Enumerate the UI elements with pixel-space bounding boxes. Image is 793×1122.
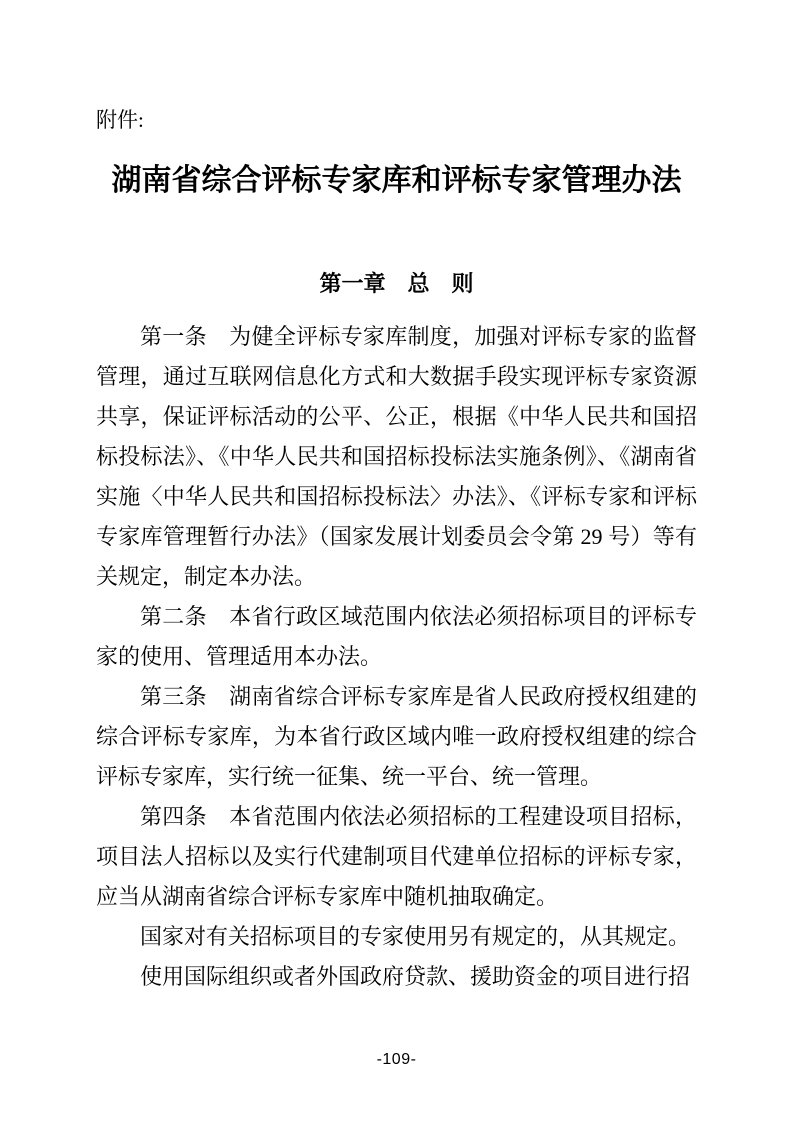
chapter-heading: 第一章 总 则 — [96, 269, 697, 299]
paragraph-article-1: 第一条 为健全评标专家库制度，加强对评标专家的监督管理，通过互联网信息化方式和大… — [96, 317, 697, 597]
paragraph-article-2: 第二条 本省行政区域范围内依法必须招标项目的评标专家的使用、管理适用本办法。 — [96, 597, 697, 677]
document-page: 附件: 湖南省综合评标专家库和评标专家管理办法 第一章 总 则 第一条 为健全评… — [0, 0, 793, 1122]
paragraph-article-4-cont-1: 国家对有关招标项目的专家使用另有规定的，从其规定。 — [96, 917, 697, 957]
document-title: 湖南省综合评标专家库和评标专家管理办法 — [96, 160, 697, 202]
attachment-label: 附件: — [96, 0, 697, 134]
body-text: 第一条 为健全评标专家库制度，加强对评标专家的监督管理，通过互联网信息化方式和大… — [96, 317, 697, 997]
paragraph-article-4: 第四条 本省范围内依法必须招标的工程建设项目招标，项目法人招标以及实行代建制项目… — [96, 797, 697, 917]
page-number: -109- — [0, 1050, 793, 1070]
document-content: 附件: 湖南省综合评标专家库和评标专家管理办法 第一章 总 则 第一条 为健全评… — [96, 0, 697, 997]
paragraph-article-3: 第三条 湖南省综合评标专家库是省人民政府授权组建的综合评标专家库，为本省行政区域… — [96, 677, 697, 797]
paragraph-article-4-cont-2: 使用国际组织或者外国政府贷款、援助资金的项目进行招 — [96, 957, 697, 997]
